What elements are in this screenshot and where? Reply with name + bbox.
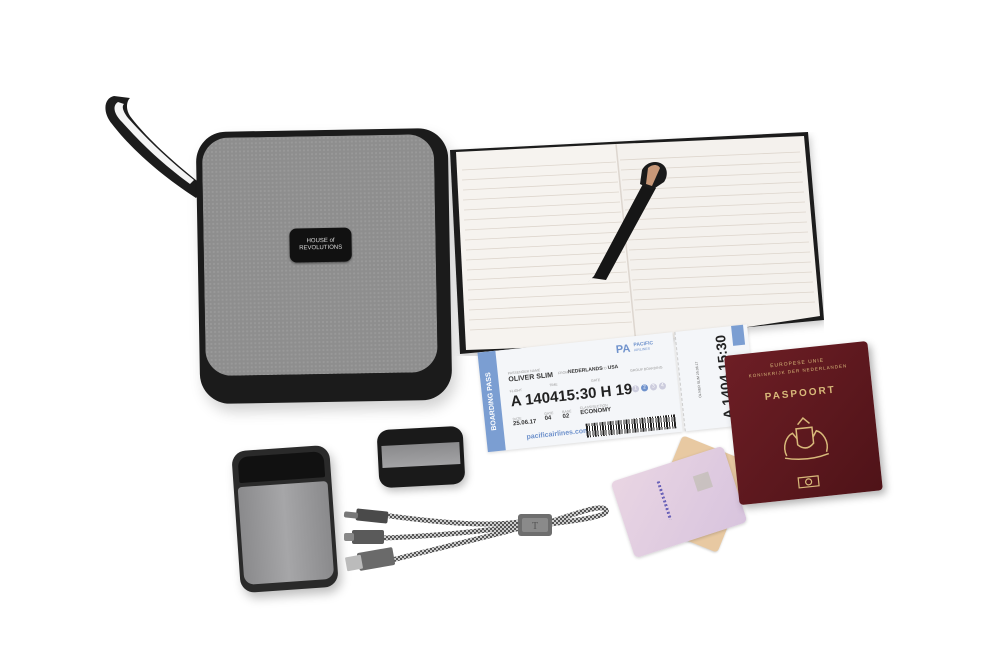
id-card-front (611, 446, 748, 559)
card-photo (693, 472, 713, 492)
cable-clasp: T (518, 514, 552, 536)
case-fabric: HOUSE of REVOLUTIONS (202, 134, 438, 376)
boarding-pass-side-label: BOARDING PASS (477, 351, 505, 452)
barcode (585, 414, 676, 437)
charger-hub (377, 426, 466, 488)
group-dot: 3 (650, 383, 658, 391)
card-microtext (657, 481, 672, 520)
flight-line: A 140415:30 H 19 (510, 381, 633, 411)
pen (582, 158, 677, 283)
product-photo: HOUSE of REVOLUTIONS (0, 0, 990, 659)
group-label: GROUP BOARDING (630, 365, 663, 372)
airline-logo: PA (615, 343, 631, 356)
to-value: USA (607, 364, 618, 371)
power-bank (231, 445, 339, 593)
clasp-logo: T (532, 521, 538, 532)
to-label: TO (602, 366, 607, 370)
stub-passenger: OLIVER SLIM 25.06.17 (695, 361, 703, 398)
gate-no-value: 04 (544, 415, 551, 422)
group-indicators: 1234 (631, 373, 669, 395)
power-bank-top (238, 451, 326, 483)
passport-cover: EUROPESE UNIE KONINKRIJK DER NEDERLANDEN… (724, 341, 883, 505)
from-value: NEDERLANDS (568, 366, 603, 376)
case-strap (100, 88, 210, 208)
time-label: TIME (549, 382, 558, 387)
biometric-chip-icon (797, 475, 820, 489)
airline-sub: AIRLINES (634, 347, 650, 353)
base-value: 02 (562, 413, 569, 420)
group-dot: 1 (632, 385, 640, 393)
travel-case: HOUSE of REVOLUTIONS (196, 128, 453, 404)
brand-badge: HOUSE of REVOLUTIONS (289, 228, 352, 263)
boarding-pass-main: BOARDING PASS PA PACIFIC AIRLINES PASSEN… (477, 332, 682, 452)
multi-charging-cable: T (340, 500, 620, 590)
stub-accent (731, 325, 745, 346)
group-dot-active: 2 (641, 384, 649, 392)
airline-website: pacificairlines.com (526, 427, 589, 441)
passport: EUROPESE UNIE KONINKRIJK DER NEDERLANDEN… (724, 339, 900, 513)
brand-line-2: REVOLUTIONS (290, 245, 352, 253)
gate-label: GATE (591, 378, 601, 383)
coat-of-arms-icon (775, 411, 836, 465)
charger-hub-band (381, 442, 460, 468)
passport-title: PASPOORT (728, 381, 872, 407)
group-dot: 4 (659, 382, 667, 390)
power-bank-body (238, 481, 335, 585)
date-value: 25.06.17 (513, 419, 537, 427)
